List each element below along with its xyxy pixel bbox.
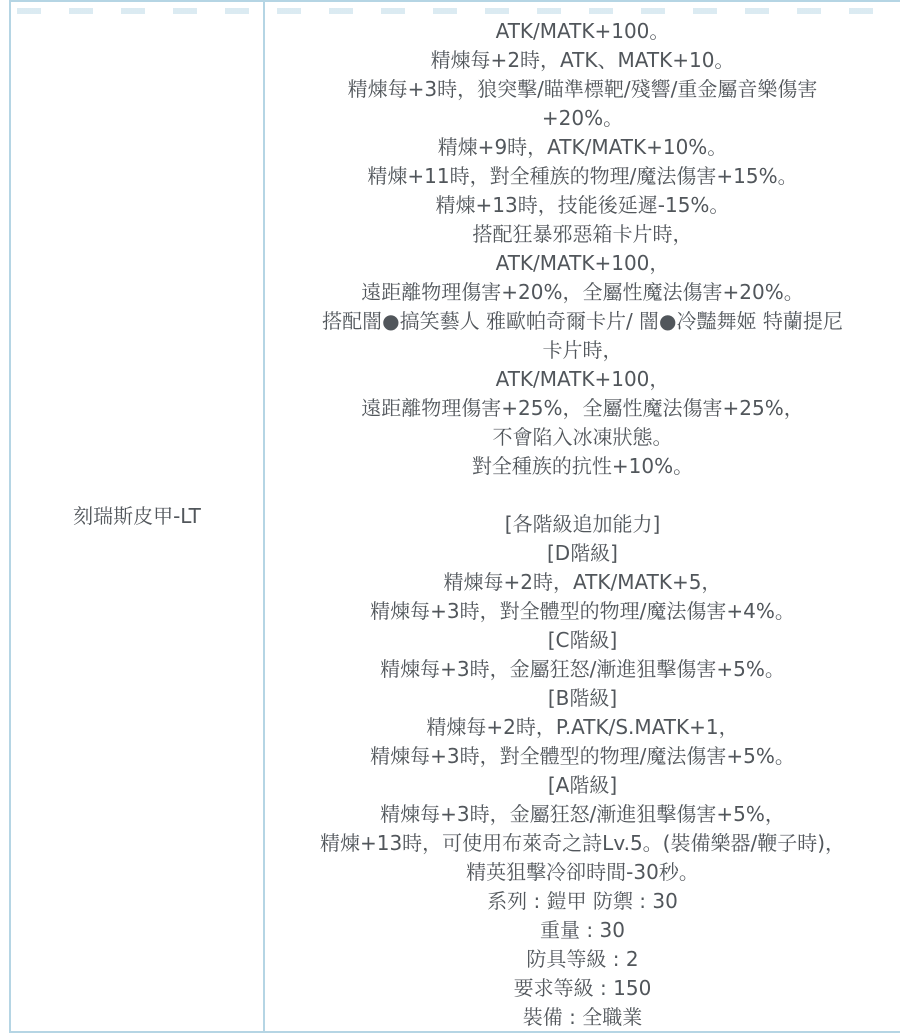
description-line: [B階級]: [271, 684, 894, 713]
description-line: [271, 481, 894, 510]
description-line: 精煉每+3時，對全體型的物理/魔法傷害+5%。: [271, 742, 894, 771]
description-line: 精煉每+3時，狼突擊/瞄準標靶/殘響/重金屬音樂傷害: [271, 75, 894, 104]
description-line: 對全種族的抗性+10%。: [271, 452, 894, 481]
description-line: 精煉每+3時，對全體型的物理/魔法傷害+4%。: [271, 597, 894, 626]
item-name-cell: 刻瑞斯皮甲-LT: [9, 2, 265, 1031]
description-line: 裝備 : 全職業: [271, 1003, 894, 1032]
description-line: 遠距離物理傷害+25%，全屬性魔法傷害+25%，: [271, 394, 894, 423]
description-line: 精煉每+3時，金屬狂怒/漸進狙擊傷害+5%，: [271, 800, 894, 829]
description-line: 精煉+11時，對全種族的物理/魔法傷害+15%。: [271, 162, 894, 191]
description-line: 精煉每+2時，ATK、MATK+10。: [271, 46, 894, 75]
description-line: ATK/MATK+100，: [271, 249, 894, 278]
description-line: 要求等級 : 150: [271, 974, 894, 1003]
description-line: [D階級]: [271, 539, 894, 568]
description-line: 精煉每+3時，金屬狂怒/漸進狙擊傷害+5%。: [271, 655, 894, 684]
description-line: 系列 : 鎧甲 防禦 : 30: [271, 887, 894, 916]
description-line: 遠距離物理傷害+20%，全屬性魔法傷害+20%。: [271, 278, 894, 307]
description-line: 防具等級 : 2: [271, 945, 894, 974]
description-line: 精煉+9時，ATK/MATK+10%。: [271, 133, 894, 162]
item-name: 刻瑞斯皮甲-LT: [73, 502, 201, 531]
description-line: +20%。: [271, 104, 894, 133]
description-line: ATK/MATK+100。: [271, 17, 894, 46]
description-line: 精煉+13時，可使用布萊奇之詩Lv.5。(裝備樂器/鞭子時)，: [271, 829, 894, 858]
description-line: [C階級]: [271, 626, 894, 655]
item-description-cell: ATK/MATK+100。精煉每+2時，ATK、MATK+10。精煉每+3時，狼…: [265, 2, 900, 1031]
description-line: [各階級追加能力]: [271, 510, 894, 539]
description-line: 重量 : 30: [271, 916, 894, 945]
description-line: [A階級]: [271, 771, 894, 800]
item-table: 刻瑞斯皮甲-LT ATK/MATK+100。精煉每+2時，ATK、MATK+10…: [9, 0, 900, 1033]
description-line: 不會陷入冰凍狀態。: [271, 423, 894, 452]
description-line: 精煉每+2時，ATK/MATK+5，: [271, 568, 894, 597]
description-line: 卡片時，: [271, 336, 894, 365]
item-table-row: 刻瑞斯皮甲-LT ATK/MATK+100。精煉每+2時，ATK、MATK+10…: [9, 2, 900, 1031]
description-line: 精煉+13時，技能後延遲-15%。: [271, 191, 894, 220]
description-line: 搭配闇●搞笑藝人 雅歐帕奇爾卡片/ 闇●冷豔舞姬 特蘭提尼: [271, 307, 894, 336]
description-line: 搭配狂暴邪惡箱卡片時，: [271, 220, 894, 249]
description-line: ATK/MATK+100，: [271, 365, 894, 394]
description-line: 精煉每+2時，P.ATK/S.MATK+1，: [271, 713, 894, 742]
description-line: 精英狙擊冷卻時間-30秒。: [271, 858, 894, 887]
